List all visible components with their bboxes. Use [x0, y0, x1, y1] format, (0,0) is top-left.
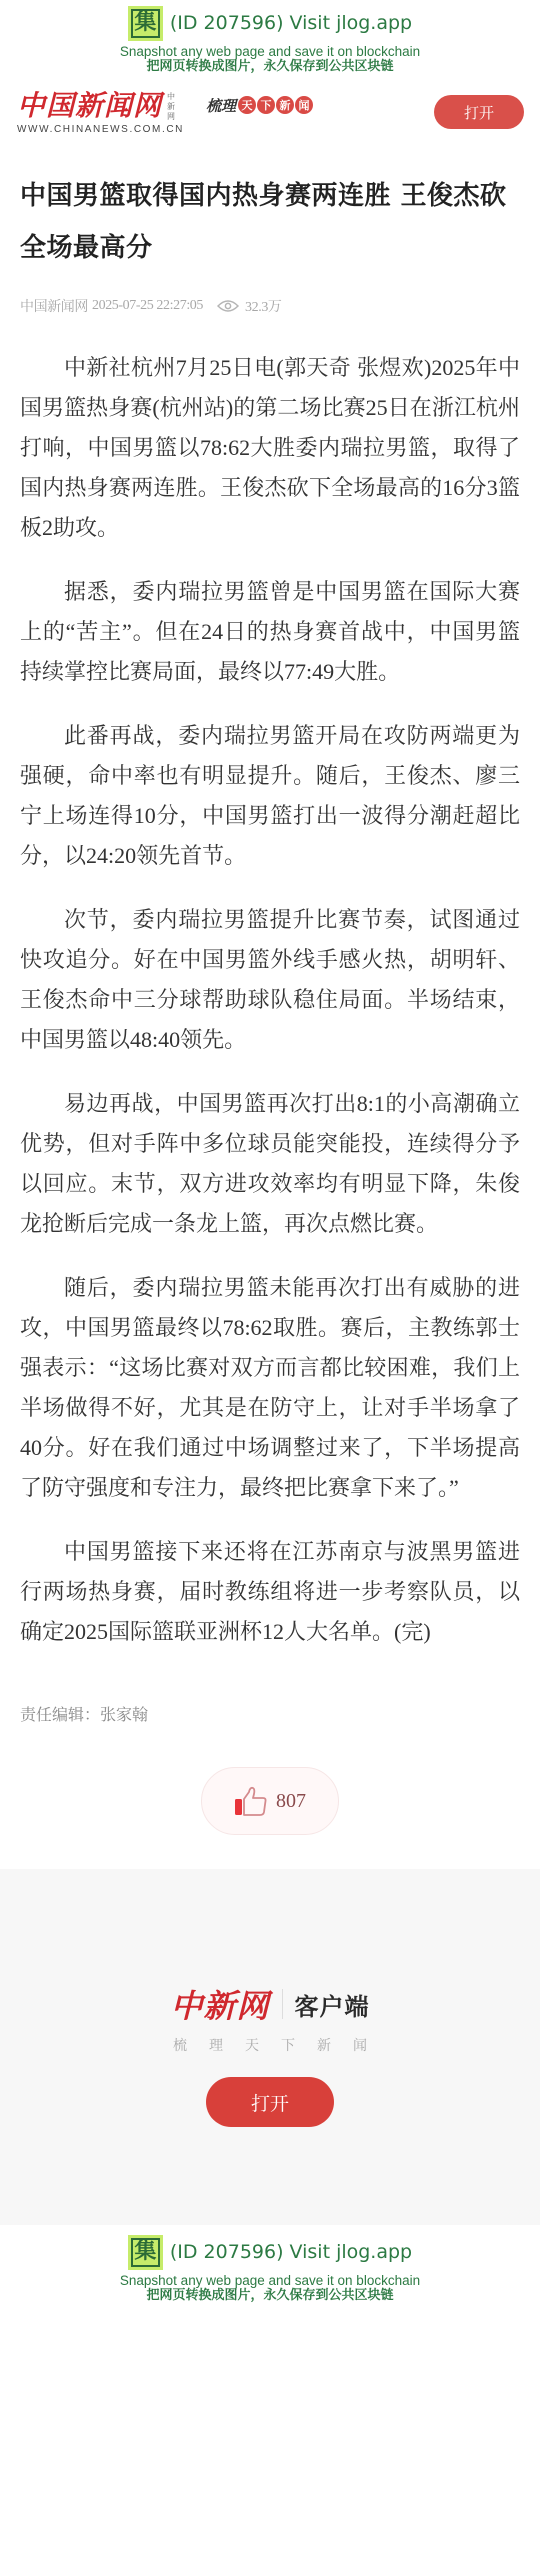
logo-url: WWW.CHINANEWS.COM.CN: [17, 124, 184, 135]
paragraph: 中新社杭州7月25日电(郭天奇 张煜欢)2025年中国男篮热身赛(杭州站)的第二…: [20, 348, 520, 548]
jlog-subtitle-en: Snapshot any web page and save it on blo…: [0, 44, 540, 59]
promo-logo: 中新网 客户端: [170, 1981, 369, 2027]
open-app-button-top[interactable]: 打开: [434, 95, 524, 129]
article: 中国男篮取得国内热身赛两连胜 王俊杰砍全场最高分 中国新闻网 2025-07-2…: [0, 170, 540, 1835]
slogan: 梳理 天 下 新 闻: [206, 95, 314, 116]
paragraph: 中国男篮接下来还将在江苏南京与波黑男篮进行两场热身赛，届时教练组将进一步考察队员…: [20, 1532, 520, 1652]
divider: [282, 1989, 283, 2019]
article-datetime: 2025-07-25 22:27:05: [92, 298, 203, 314]
promo-client: 客户端: [295, 1987, 370, 2022]
site-logo[interactable]: 中国新闻网 中 新 网 WWW.CHINANEWS.COM.CN: [17, 89, 184, 135]
app-promo: 中新网 客户端 梳 理 天 下 新 闻 打开: [0, 1869, 540, 2225]
logo-text: 中国新闻网: [17, 89, 162, 123]
paragraph: 据悉，委内瑞拉男篮曾是中国男篮在国际大赛上的“苦主”。但在24日的热身赛首战中，…: [20, 572, 520, 692]
jlog-badge-icon: 集: [128, 6, 163, 41]
open-app-button-bottom[interactable]: 打开: [206, 2077, 334, 2127]
article-views: 32.3万: [245, 296, 282, 316]
paragraph: 易边再战，中国男篮再次打出8:1的小高潮确立优势，但对手阵中多位球员能突能投，连…: [20, 1084, 520, 1244]
jlog-banner-top: 集 (ID 207596) Visit jlog.app Snapshot an…: [0, 0, 540, 82]
jlog-subtitle-cn: 把网页转换成图片，永久保存到公共区块链: [0, 59, 540, 75]
logo-side-text: 中 新 网: [167, 92, 175, 122]
jlog-title[interactable]: (ID 207596) Visit jlog.app: [170, 12, 412, 34]
promo-brand: 中新网: [170, 1981, 269, 2027]
article-source: 中国新闻网: [20, 296, 88, 316]
jlog-banner-bottom: 集 (ID 207596) Visit jlog.app Snapshot an…: [0, 2225, 540, 2307]
eye-icon: [217, 299, 239, 313]
paragraph: 次节，委内瑞拉男篮提升比赛节奏，试图通过快攻追分。好在中国男篮外线手感火热，胡明…: [20, 900, 520, 1060]
promo-tagline: 梳 理 天 下 新 闻: [173, 2035, 367, 2055]
jlog-subtitle-cn: 把网页转换成图片，永久保存到公共区块链: [0, 2288, 540, 2304]
responsible-editor: 责任编辑：张家翰: [20, 1702, 520, 1725]
like-button[interactable]: 807: [201, 1767, 339, 1835]
article-body: 中新社杭州7月25日电(郭天奇 张煜欢)2025年中国男篮热身赛(杭州站)的第二…: [20, 348, 520, 1652]
thumbs-up-icon: [234, 1786, 268, 1816]
article-title: 中国男篮取得国内热身赛两连胜 王俊杰砍全场最高分: [20, 170, 520, 274]
like-count: 807: [276, 1790, 306, 1813]
article-meta: 中国新闻网 2025-07-25 22:27:05 32.3万: [20, 296, 520, 316]
site-header: 中国新闻网 中 新 网 WWW.CHINANEWS.COM.CN 梳理 天 下 …: [0, 82, 540, 142]
paragraph: 随后，委内瑞拉男篮未能再次打出有威胁的进攻，中国男篮最终以78:62取胜。赛后，…: [20, 1268, 520, 1508]
jlog-subtitle-en: Snapshot any web page and save it on blo…: [0, 2273, 540, 2288]
paragraph: 此番再战，委内瑞拉男篮开局在攻防两端更为强硬，命中率也有明显提升。随后，王俊杰、…: [20, 716, 520, 876]
jlog-badge-icon: 集: [128, 2235, 163, 2270]
jlog-title[interactable]: (ID 207596) Visit jlog.app: [170, 2241, 412, 2263]
